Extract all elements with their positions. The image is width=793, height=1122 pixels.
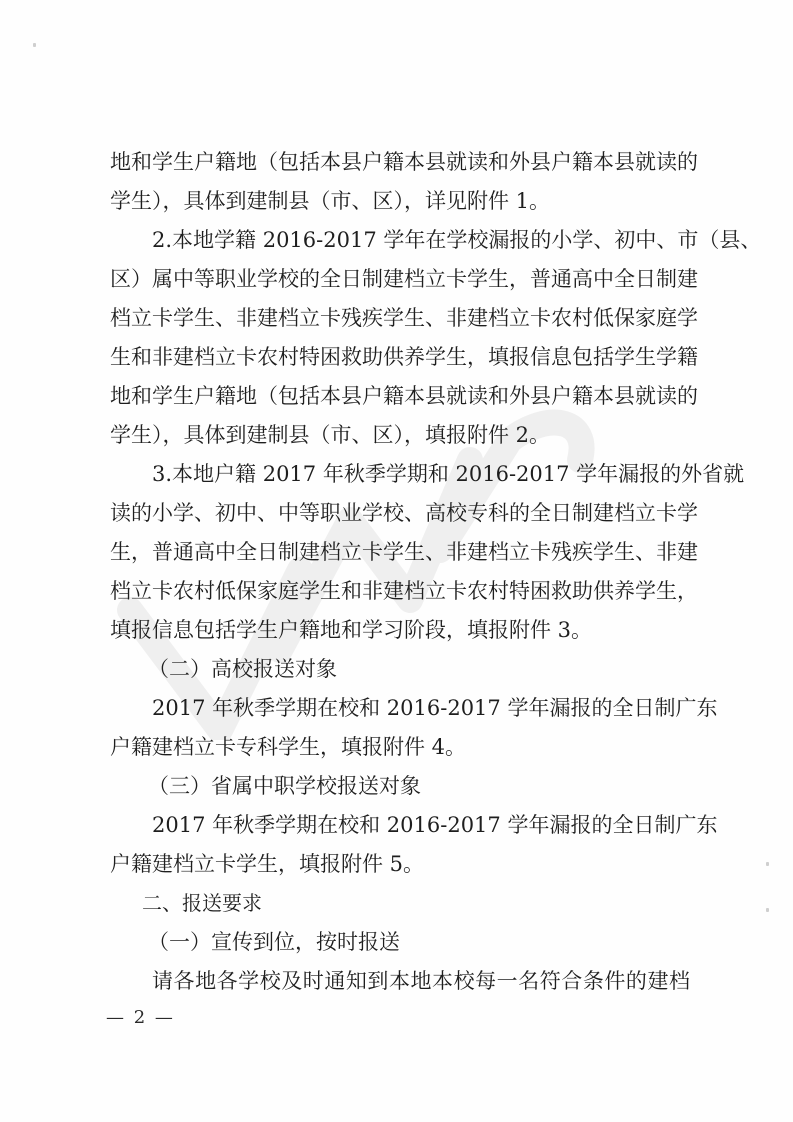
- paragraph-line: 档立卡农村低保家庭学生和非建档立卡农村特困救助供养学生，: [110, 572, 690, 611]
- paragraph-line: 户籍建档立卡学生，填报附件 5。: [110, 845, 690, 884]
- paragraph-line: 地和学生户籍地（包括本县户籍本县就读和外县户籍本县就读的: [110, 377, 690, 416]
- paragraph-line: 地和学生户籍地（包括本县户籍本县就读和外县户籍本县就读的: [110, 143, 690, 182]
- paragraph-line: 生和非建档立卡农村特困救助供养学生，填报信息包括学生学籍: [110, 338, 690, 377]
- section-heading-requirements: 二、报送要求: [110, 884, 690, 923]
- paragraph-line: 填报信息包括学生户籍地和学习阶段，填报附件 3。: [110, 611, 690, 650]
- subsection-heading-publicity: （一）宣传到位，按时报送: [110, 923, 690, 962]
- paragraph-line: 生，普通高中全日制建档立卡学生、非建档立卡残疾学生、非建: [110, 533, 690, 572]
- paragraph-line: 请各地各学校及时通知到本地本校每一名符合条件的建档: [110, 962, 690, 1001]
- paragraph-line: 2017 年秋季学期在校和 2016-2017 学年漏报的全日制广东: [110, 806, 690, 845]
- paragraph-line: 学生），具体到建制县（市、区），填报附件 2。: [110, 416, 690, 455]
- paragraph-line: 户籍建档立卡专科学生，填报附件 4。: [110, 728, 690, 767]
- paragraph-line: 学生），具体到建制县（市、区），详见附件 1。: [110, 182, 690, 221]
- item-3-line: 3.本地户籍 2017 年秋季学期和 2016-2017 学年漏报的外省就: [110, 455, 690, 494]
- subsection-heading-universities: （二）高校报送对象: [110, 650, 690, 689]
- scan-speck: [766, 908, 769, 912]
- document-page: 地和学生户籍地（包括本县户籍本县就读和外县户籍本县就读的 学生），具体到建制县（…: [0, 0, 793, 1122]
- paragraph-line: 档立卡学生、非建档立卡残疾学生、非建档立卡农村低保家庭学: [110, 299, 690, 338]
- paragraph-line: 2017 年秋季学期在校和 2016-2017 学年漏报的全日制广东: [110, 689, 690, 728]
- item-2-line: 2.本地学籍 2016-2017 学年在学校漏报的小学、初中、市（县、: [110, 221, 690, 260]
- paragraph-line: 区）属中等职业学校的全日制建档立卡学生，普通高中全日制建: [110, 260, 690, 299]
- paragraph-line: 读的小学、初中、中等职业学校、高校专科的全日制建档立卡学: [110, 494, 690, 533]
- scan-speck: [33, 43, 36, 47]
- subsection-heading-vocational: （三）省属中职学校报送对象: [110, 767, 690, 806]
- document-body: 地和学生户籍地（包括本县户籍本县就读和外县户籍本县就读的 学生），具体到建制县（…: [110, 143, 690, 1001]
- scan-speck: [766, 862, 769, 866]
- page-number: — 2 —: [106, 1007, 175, 1028]
